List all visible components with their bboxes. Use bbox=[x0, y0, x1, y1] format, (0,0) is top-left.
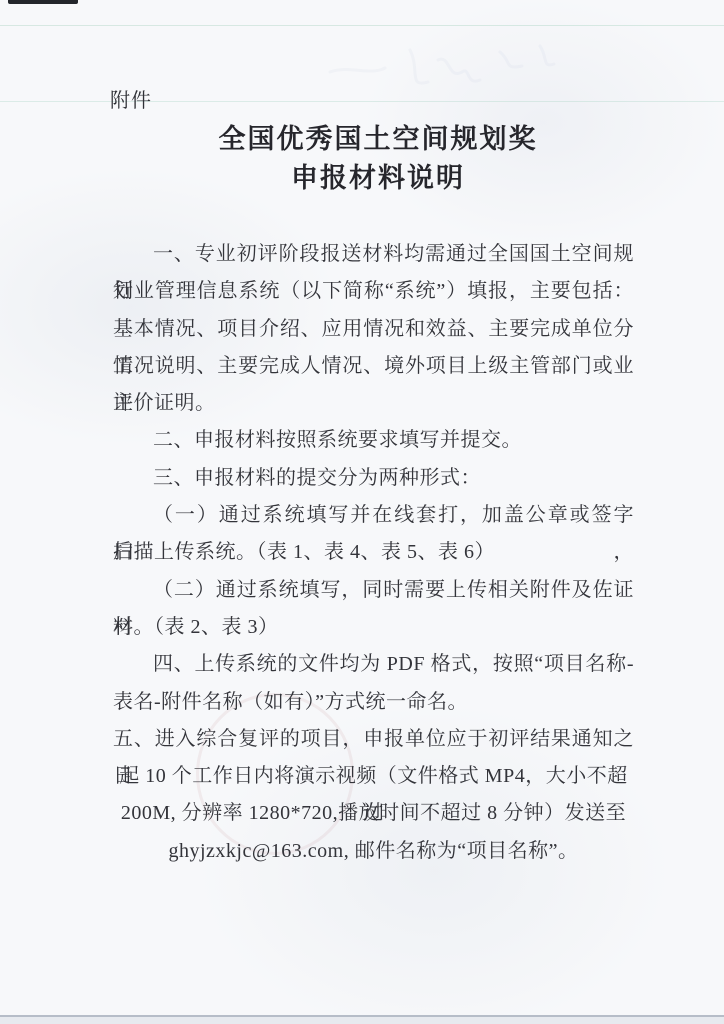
body-line-4: 情况说明、主要完成人情况、境外项目上级主管部门或业主 bbox=[113, 348, 634, 385]
document-title-line2: 申报材料说明 bbox=[118, 159, 638, 198]
body-line-7: 三、申报材料的提交分为两种形式： bbox=[113, 460, 634, 497]
body-line-2: 行业管理信息系统（以下简称“系统”）填报，主要包括： bbox=[113, 273, 634, 310]
body-line-8: （一）通过系统填写并在线套打，加盖公章或签字后， bbox=[113, 497, 634, 534]
body-line-10: （二）通过系统填写，同时需要上传相关附件及佐证材 bbox=[113, 572, 634, 609]
attachment-label: 附件 bbox=[110, 84, 152, 113]
body-line-5: 评价证明。 bbox=[113, 385, 634, 422]
body-line-3: 基本情况、项目介绍、应用情况和效益、主要完成单位分工 bbox=[113, 311, 634, 348]
document-title-line1: 全国优秀国土空间规划奖 bbox=[118, 120, 638, 159]
handwriting-bleedthrough bbox=[290, 10, 590, 110]
body-line-1: 一、专业初评阶段报送材料均需通过全国国土空间规划 bbox=[113, 236, 634, 273]
document-title: 全国优秀国土空间规划奖 申报材料说明 bbox=[118, 120, 638, 198]
scan-edge-mark bbox=[8, 0, 78, 4]
body-line-12: 四、上传系统的文件均为 PDF 格式，按照“项目名称- bbox=[113, 646, 634, 683]
body-line-17: ghyjzxkjc@163.com, 邮件名称为“项目名称”。 bbox=[113, 833, 634, 870]
body-line-6: 二、申报材料按照系统要求填写并提交。 bbox=[113, 422, 634, 459]
body-line-13: 表名-附件名称（如有）”方式统一命名。 bbox=[113, 684, 634, 721]
body-line-16: 200M, 分辨率 1280*720,播放时间不超过 8 分钟）发送至 bbox=[113, 795, 634, 832]
body-line-11: 料。（表 2、表 3） bbox=[113, 609, 634, 646]
scan-edge-bottom-fill bbox=[0, 1017, 724, 1024]
body-line-15: 起 10 个工作日内将演示视频（文件格式 MP4，大小不超过 bbox=[113, 758, 634, 795]
document-body: 一、专业初评阶段报送材料均需通过全国国土空间规划 行业管理信息系统（以下简称“系… bbox=[113, 236, 634, 870]
body-line-14: 五、进入综合复评的项目，申报单位应于初评结果通知之日 bbox=[113, 721, 634, 758]
scanned-document-page: 附件 全国优秀国土空间规划奖 申报材料说明 一、专业初评阶段报送材料均需通过全国… bbox=[0, 0, 724, 1024]
